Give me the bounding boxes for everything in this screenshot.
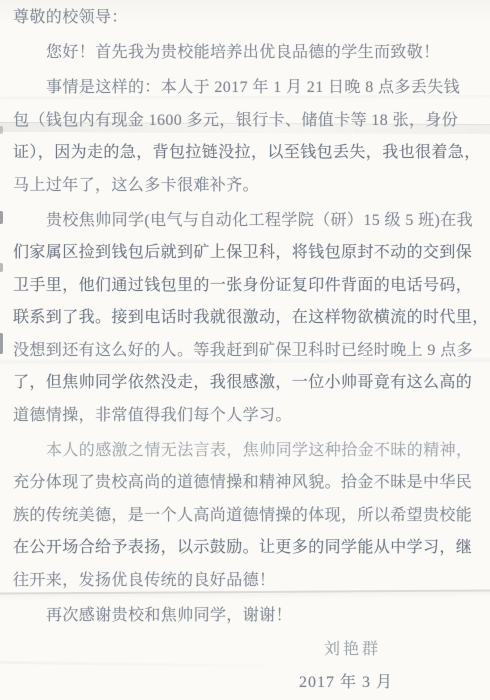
letter-line: 们家属区捡到钱包后就到矿上保卫科，将钱包原封不动的交到保 [13, 237, 479, 270]
letter-line: 贵校焦帅同学(电气与自动化工程学院（研）15 级 5 班)在我 [13, 205, 479, 238]
scanner-edge-smudge [0, 211, 3, 224]
letter-line: 了，但焦帅同学依然没走，我很感激，一位小帅哥竟有这么高的 [13, 367, 479, 400]
letter-line: 没想到还有这么好的人。等我赶到矿保卫科时已经时晚上 9 点多 [13, 335, 479, 368]
letter-line: 事情是这样的：本人于 2017 年 1 月 21 日晚 8 点多丢失钱 [13, 72, 479, 105]
scanned-letter-page: 尊敬的校领导：您好！首先我为贵校能培养出优良品德的学生而致敬！事情是这样的：本人… [0, 0, 490, 700]
letter-lines: 尊敬的校领导：您好！首先我为贵校能培养出优良品德的学生而致敬！事情是这样的：本人… [13, 2, 479, 632]
letter-line: 在公开场合给予表扬，以示鼓励。让更多的同学能从中学习，继 [13, 532, 479, 565]
letter-line: 族的传统美德，是一个人高尚道德情操的体现，所以希望贵校能 [13, 500, 479, 533]
letter-line: 充分体现了贵校高尚的道德情操和精神风貌。拾金不昧是中华民 [13, 467, 479, 500]
signature-block: 刘艳群 2017 年 3 月 [13, 634, 479, 699]
letter-line: 包（钱包内有现金 1600 多元，银行卡、储值卡等 18 张，身份 [13, 105, 479, 138]
letter-line: 卫手里，他们通过钱包里的一张身份证复印件背面的电话号码， [13, 270, 479, 303]
scanner-edge-smudge [0, 333, 3, 354]
letter-line: 本人的感激之情无法言表，焦帅同学这种拾金不昧的精神， [13, 435, 479, 468]
letter-line: 证），因为走的急，背包拉链没拉，以至钱包丢失，我也很着急， [13, 137, 479, 170]
letter-line: 马上过年了，这么多卡很难补齐。 [13, 170, 479, 203]
signature-name: 刘艳群 [13, 634, 479, 667]
letter-line: 您好！首先我为贵校能培养出优良品德的学生而致敬！ [13, 37, 479, 70]
letter-body: 尊敬的校领导：您好！首先我为贵校能培养出优良品德的学生而致敬！事情是这样的：本人… [13, 0, 479, 699]
letter-line: 往开来，发扬优良传统的良好品德！ [13, 565, 479, 598]
scanner-edge-smudge [0, 126, 3, 134]
scanner-edge-smudge [0, 263, 3, 272]
letter-line: 尊敬的校领导： [13, 2, 479, 35]
letter-line: 道德情操，非常值得我们每个人学习。 [13, 400, 479, 433]
letter-line: 再次感谢贵校和焦帅同学，谢谢！ [13, 600, 479, 633]
letter-line: 联系到了我。接到电话时我就很激动，在这样物欲横流的时代里， [13, 302, 479, 335]
signature-date: 2017 年 3 月 [13, 667, 479, 700]
